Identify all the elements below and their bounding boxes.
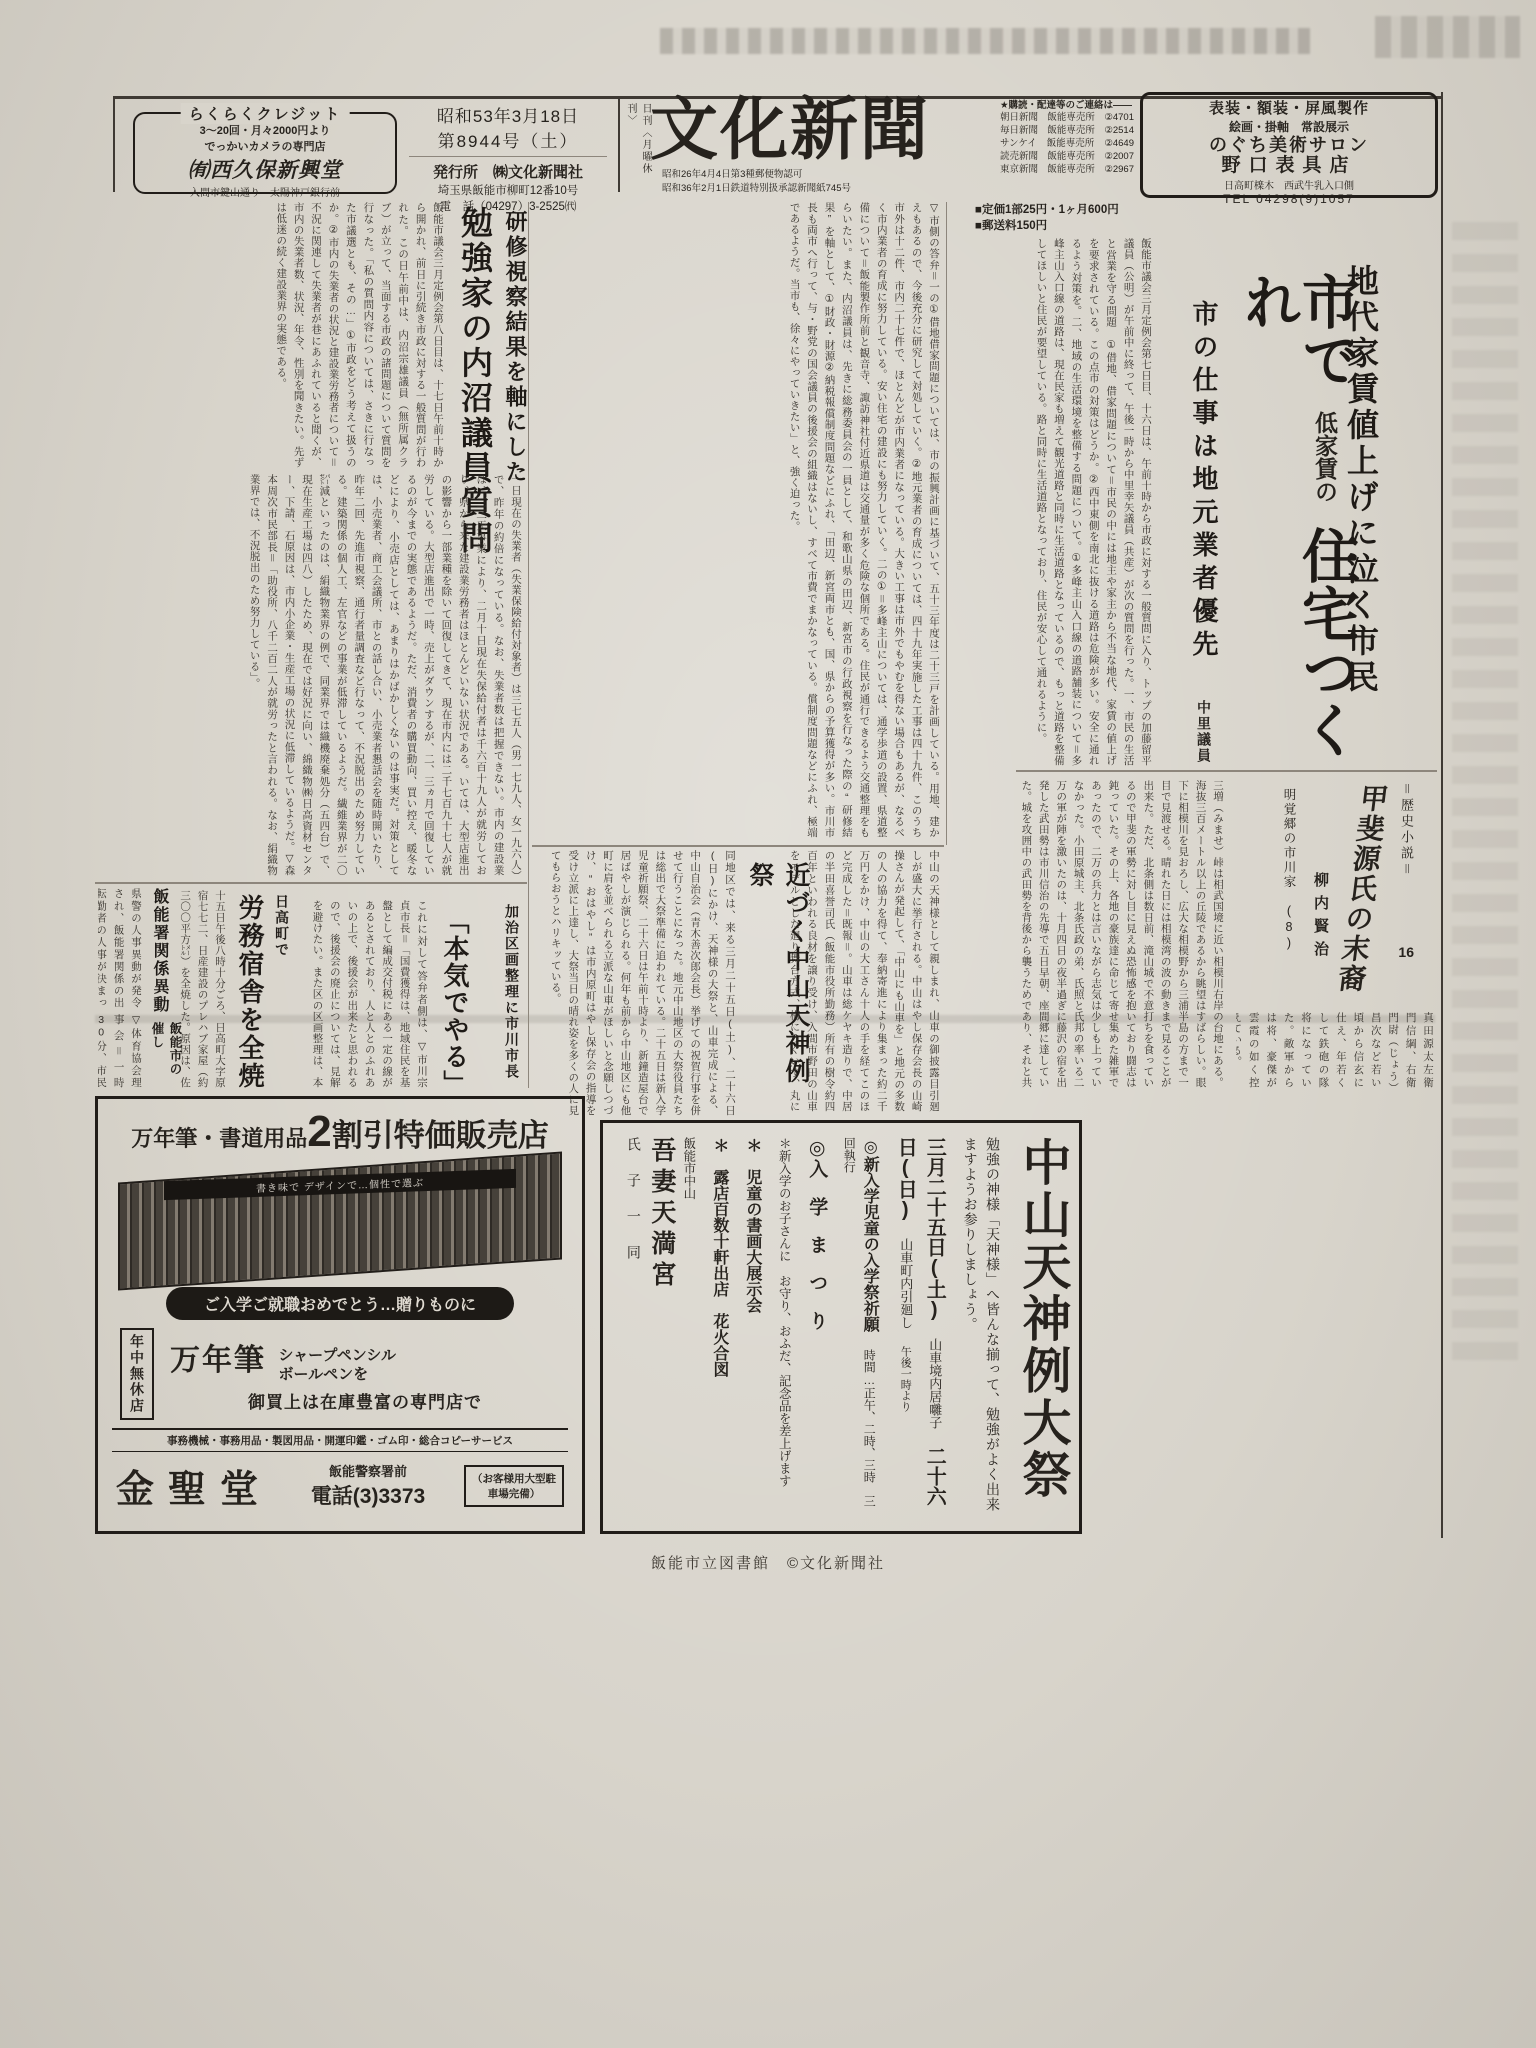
masthead-notes: 昭和26年4月4日第3種郵便物認可 昭和36年2月1日鉄道特別扱承認新聞紙745… xyxy=(662,166,992,194)
festival-ad-title: 中山天神例大祭 xyxy=(1018,1137,1067,1517)
store-name: 金聖堂 xyxy=(116,1458,272,1513)
store-location: 飯能警察署前 xyxy=(311,1461,425,1480)
phone-number: ②4701 xyxy=(1104,111,1134,124)
lead-headline-top: 市で xyxy=(1293,272,1358,388)
issue-block: 昭和53年3月18日 第8944号（土） 発行所 ㈱文化新聞社 埼玉県飯能市柳町… xyxy=(403,102,613,214)
festival-news-body-right: 中山の天神様として親しまれ、山車の御披露目引廻しが盛大に挙行される。中山はやし保… xyxy=(790,850,942,1112)
festival-date1-note: 山車境内居囃子 xyxy=(927,1338,942,1429)
section-rule-leftlower xyxy=(95,882,527,884)
camera-ad-line2: でっかいカメラの専門店 xyxy=(135,138,395,154)
masthead-note2: 昭和36年2月1日鉄道特別扱承認新聞紙745号 xyxy=(662,180,992,194)
fire-headline: 労務宿舎を全焼 xyxy=(232,894,269,1090)
page-right-edge xyxy=(1441,92,1443,1538)
parking-note: （お客様用大型駐車場完備） xyxy=(464,1465,564,1507)
festival-item5: ＊ 露店百数十軒出店 花火合図 xyxy=(708,1137,731,1517)
festival-item2: ◎入 学 ま つ り xyxy=(803,1137,830,1517)
issue-publisher: 発行所 ㈱文化新聞社 xyxy=(403,161,613,182)
camera-shop-name: ㈲西久保新興堂 xyxy=(135,154,395,184)
office-name: 飯能専売所 xyxy=(1047,150,1095,163)
novel-body: 三増（みませ）峠は相武国境に近い相模川右岸の台地にある。海抜三百メートル以上の丘… xyxy=(1016,780,1226,1088)
product-text: 万年筆 シャープペンシル ボールペンを 御買上は在庫豊富の専門店で xyxy=(170,1335,560,1414)
gallery-address: 日高町檪木 西武牛乳入口側 xyxy=(1143,177,1435,192)
festival-ad-dates: 三月二十五日(土) 山車境内居囃子 二十六日(日) 山車町内引廻し 午後一時より xyxy=(891,1137,949,1517)
festival-item4: ＊ 児童の書画大展示会 xyxy=(741,1137,764,1517)
festival-item1: ◎新入学児童の入学祭祈願 時間…正午、二時、三時 三回執行 xyxy=(840,1137,881,1517)
police-article-body: 県警の人事異動が発令され、飯能署関係の出転勤者の人事が決まった。 xyxy=(98,888,144,1008)
issue-date: 昭和53年3月18日 xyxy=(403,102,613,127)
festival-signature: 飯能市中山 吾妻天満宮 氏 子 一 同 xyxy=(624,1137,698,1517)
product-row: 年中無休店 万年筆 シャープペンシル ボールペンを 御買上は在庫豊富の専門店で xyxy=(98,1328,582,1420)
stock-line: 御買上は在庫豊富の専門店で xyxy=(170,1388,560,1413)
gallery-store-name: 野口表具店 xyxy=(1143,156,1435,177)
festival-ad-intro: 勉強の神様「天神様」へ皆んな揃って、勉強がよく出来ますようお参りしましょう。 xyxy=(959,1137,1004,1517)
festival-ad: 中山天神例大祭 勉強の神様「天神様」へ皆んな揃って、勉強がよく出来ますようお参り… xyxy=(600,1120,1082,1534)
header-left-edge xyxy=(113,96,115,192)
phone-number: ②4649 xyxy=(1104,137,1134,150)
phone-number: ②2514 xyxy=(1104,124,1134,137)
footer-credit: 飯能市立図書館 ©文化新聞社 xyxy=(0,1552,1536,1573)
stationery-ad: 万年筆・書道用品2割引特価販売店 書き味で デザインで…個性で選ぶ ご入学ご就職… xyxy=(95,1096,585,1534)
product-sub2: ボールペンを xyxy=(278,1366,396,1385)
novel-number: 16 xyxy=(1398,944,1414,960)
office-name: 飯能専売所 xyxy=(1047,111,1095,124)
events-article-body: ▽体育協会理事会＝一時30分、市民体育館。▽午後七時、五階大会議室。 xyxy=(98,1014,144,1088)
price-block: ■定価1部25円・1ヶ月600円 ■郵送料150円 xyxy=(975,201,1145,233)
subscription-box: ★購読・配達等のご連絡は―― 朝日新聞飯能専売所②4701 毎日新聞飯能専売所②… xyxy=(1000,97,1134,177)
subscription-row: 朝日新聞飯能専売所②4701 xyxy=(1000,111,1134,124)
phone-number: ②2007 xyxy=(1104,150,1134,163)
stationery-banner-big: 2 xyxy=(307,1107,331,1156)
product-main: 万年筆 xyxy=(170,1344,266,1377)
kaji-headline: 「本気でやる」 xyxy=(437,908,474,1090)
gallery-name: のぐち美術サロン xyxy=(1143,135,1435,156)
stationery-banner-rest: 割引特価販売店 xyxy=(332,1118,549,1153)
services-line: 事務機械・事務用品・製図用品・開運印鑑・ゴム印・総合コピーサービス xyxy=(112,1428,568,1452)
camera-ad-line1: 3～20回・月々2000円より xyxy=(135,122,395,138)
lead-article-body: 飯能市議会三月定例会第七日目、十六日は、午前十時から市政に対する一般質問に入り、… xyxy=(952,238,1154,766)
subscription-row: 読売新聞飯能専売所②2007 xyxy=(1000,150,1134,163)
council-article-body2: 一日現在の失業者（失業保険給付対象者）は三七五人（男一七九人、女一九六人）で、昨… xyxy=(96,474,524,876)
gallery-ad: 表装・額装・屏風製作 絵画・掛軸 常設展示 のぐち美術サロン 野口表具店 日高町… xyxy=(1140,92,1438,198)
issue-number: 第8944号（土） xyxy=(403,127,613,152)
novel-body-continued: 真田源太左衛門信綱、右衛門尉（じょう）昌次など若い頃から信玄に仕え、年若くして鉄… xyxy=(1236,1012,1436,1088)
office-name: 飯能専売所 xyxy=(1047,124,1095,137)
paper-name: 朝日新聞 xyxy=(1000,111,1038,124)
center-answers-body: ▽市側の答弁＝一の①借地借家問題については、市の振興計画に基づいて、五十三年度は… xyxy=(532,202,942,838)
product-subs: シャープペンシル ボールペンを xyxy=(278,1347,396,1385)
masthead-divider xyxy=(618,97,620,192)
section-rule-festival xyxy=(532,845,944,847)
festival-date2-note: 山車町内引廻し xyxy=(898,1238,913,1329)
section-rule-novel xyxy=(1016,770,1437,772)
store-phone: 電話(3)3373 xyxy=(311,1480,425,1510)
lead-subhead-credit: 中里議員 xyxy=(1194,700,1214,770)
festival-org-suffix: 氏 子 一 同 xyxy=(624,1137,644,1517)
stationery-banner-prefix: 万年筆・書道用品 xyxy=(131,1126,307,1151)
police-headline: 飯能署関係異動 xyxy=(148,888,171,1016)
festival-date2-time: 午後一時より xyxy=(899,1346,911,1412)
council-kicker: 研修視察結果を軸にした xyxy=(500,210,531,510)
gallery-ad-line1: 表装・額装・屏風製作 xyxy=(1143,97,1435,118)
gallery-tel: TEL 04298(9)1057 xyxy=(1143,192,1435,206)
paper-name: サンケイ xyxy=(1000,137,1037,150)
price-line1: ■定価1部25円・1ヶ月600円 xyxy=(975,201,1145,217)
paper-name: 読売新聞 xyxy=(1000,150,1038,163)
masthead-note1: 昭和26年4月4日第3種郵便物認可 xyxy=(662,166,992,180)
camera-shop-ad: らくらくクレジット 3～20回・月々2000円より でっかいカメラの専門店 ㈲西… xyxy=(133,112,397,194)
festival-item1-title: ◎新入学児童の入学祭祈願 xyxy=(861,1137,878,1332)
product-sub1: シャープペンシル xyxy=(278,1347,396,1366)
novel-author: 柳内賢治 xyxy=(1310,872,1331,1002)
office-name: 飯能専売所 xyxy=(1047,163,1095,176)
office-name: 飯能専売所 xyxy=(1047,137,1095,150)
paper-name: 毎日新聞 xyxy=(1000,124,1038,137)
novel-box: ＝歴史小説＝ 16 甲斐源氏の末裔 明覚郷の市川家 (8) 柳内賢治 xyxy=(1232,776,1438,1006)
subscription-row: サンケイ飯能専売所②4649 xyxy=(1000,137,1134,150)
gift-ribbon: ご入学ご就職おめでとう…贈りものに xyxy=(166,1287,514,1320)
kaji-article-body: これに対して答弁者側は、▽市川宗貞市長＝「国費獲得は、地域住民を基盤として編成交… xyxy=(306,900,430,1088)
festival-date1: 三月二十五日(土) xyxy=(923,1137,945,1321)
novel-label: ＝歴史小説＝ xyxy=(1397,782,1416,932)
novel-chapter: 明覚郷の市川家 (8) xyxy=(1280,788,1298,988)
daily-note: 日刊〈月曜休刊〉 xyxy=(623,103,653,189)
fire-kicker: 日高町で xyxy=(272,894,292,964)
scan-noise-right-margin xyxy=(1452,210,1518,1360)
lead-headline: 市で 低家賃の 住宅つくれ xyxy=(1238,272,1354,797)
subscription-row: 東京新聞飯能専売所②2967 xyxy=(1000,163,1134,176)
store-row: 金聖堂 飯能警察署前 電話(3)3373 （お客様用大型駐車場完備） xyxy=(98,1452,582,1513)
scan-noise-top xyxy=(660,28,1310,54)
events-headline: 飯能市の催し xyxy=(148,1022,184,1088)
scan-noise-corner xyxy=(1375,16,1520,58)
kaji-kicker: 加治区画整理に市川市長 xyxy=(502,904,522,1084)
subscription-title: ★購読・配達等のご連絡は―― xyxy=(1000,97,1134,111)
festival-org-place: 飯能市中山 xyxy=(680,1137,698,1517)
festival-org-name: 吾妻天満宮 xyxy=(644,1137,680,1517)
issue-divider xyxy=(409,156,607,157)
masthead-title: 文化新聞 xyxy=(650,96,998,164)
column-rule-center xyxy=(946,202,947,845)
camera-ad-title: らくらくクレジット xyxy=(181,103,350,124)
paper-name: 東京新聞 xyxy=(1000,163,1038,176)
camera-shop-address: 入間市鍵山通り 太陽神戸銀行前 xyxy=(135,184,395,199)
pen-tray-image: 書き味で デザインで…個性で選ぶ xyxy=(118,1151,562,1290)
open-all-year-badge: 年中無休店 xyxy=(120,1328,154,1420)
stationery-banner: 万年筆・書道用品2割引特価販売店 xyxy=(98,1107,582,1157)
festival-news-body-left: 同地区では、来る三月二十五日(土)、二十六日(日)にかけ、天神様の大祭と、山車完… xyxy=(532,850,738,1116)
council-article-body: 飯能市議会三月定例会第八日目は、十七日午前十時から開かれ、前日に引続き市政に対す… xyxy=(96,202,446,468)
festival-item3: ＊新入学のお子さんに お守り、おふだ、記念品を差上げます xyxy=(774,1137,793,1517)
pen-tray-label: 書き味で デザインで…個性で選ぶ xyxy=(164,1169,516,1200)
price-line2: ■郵送料150円 xyxy=(975,217,1145,233)
lead-headline-small: 低家賃の xyxy=(1312,405,1338,509)
lead-subhead: 市の仕事は地元業者優先 xyxy=(1186,300,1223,695)
newspaper-page: らくらくクレジット 3～20回・月々2000円より でっかいカメラの専門店 ㈲西… xyxy=(0,0,1536,2048)
phone-number: ②2967 xyxy=(1104,163,1134,176)
store-contact: 飯能警察署前 電話(3)3373 xyxy=(311,1461,425,1510)
gallery-ad-line2: 絵画・掛軸 常設展示 xyxy=(1143,118,1435,135)
subscription-row: 毎日新聞飯能専売所②2514 xyxy=(1000,124,1134,137)
novel-title: 甲斐源氏の末裔 xyxy=(1327,784,1393,998)
issue-address: 埼玉県飯能市柳町12番10号 xyxy=(403,182,613,198)
